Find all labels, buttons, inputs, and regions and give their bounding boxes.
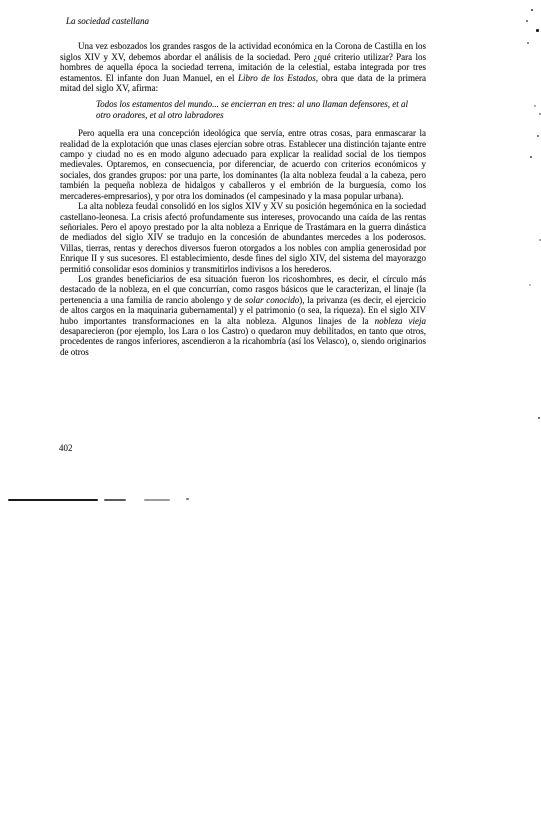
scan-speck — [530, 156, 532, 158]
block-quote-estamentos: Todos los estamentos del mundo... se enc… — [96, 99, 408, 120]
scan-speck — [529, 284, 531, 286]
scan-line-segment — [104, 499, 126, 501]
scanned-book-page: La sociedad castellana Una vez esbozados… — [0, 0, 541, 839]
italic-term-nobleza-vieja: nobleza vieja — [375, 316, 426, 326]
scan-speck — [531, 9, 533, 11]
scan-speck — [527, 42, 529, 44]
paragraph-intro: Una vez esbozados los grandes rasgos de … — [60, 41, 426, 93]
paragraph-ricoshombres: Los grandes beneficiarios de esa situaci… — [60, 274, 426, 357]
scan-speck — [534, 105, 536, 107]
scan-speck — [537, 135, 539, 137]
page-text-block: La sociedad castellana Una vez esbozados… — [60, 16, 426, 357]
scan-speck — [526, 20, 528, 22]
paragraph-concepcion-ideologica: Pero aquella era una concepción ideológi… — [60, 128, 426, 201]
paragraph-text: desaparecieron (por ejemplo, los Lara o … — [60, 326, 426, 357]
scan-line-segment — [186, 498, 189, 500]
scan-speck — [538, 417, 540, 419]
scan-speck — [536, 29, 539, 32]
scan-line-segment — [144, 499, 170, 501]
italic-term-solar-conocido: solar conocido — [245, 295, 299, 305]
scan-line-segment — [8, 499, 98, 501]
book-title-libro-de-los-estados: Libro de los Estados — [238, 73, 316, 83]
page-number: 402 — [59, 443, 73, 453]
paragraph-alta-nobleza: La alta nobleza feudal consolidó en los … — [60, 201, 426, 274]
running-header: La sociedad castellana — [66, 16, 426, 26]
